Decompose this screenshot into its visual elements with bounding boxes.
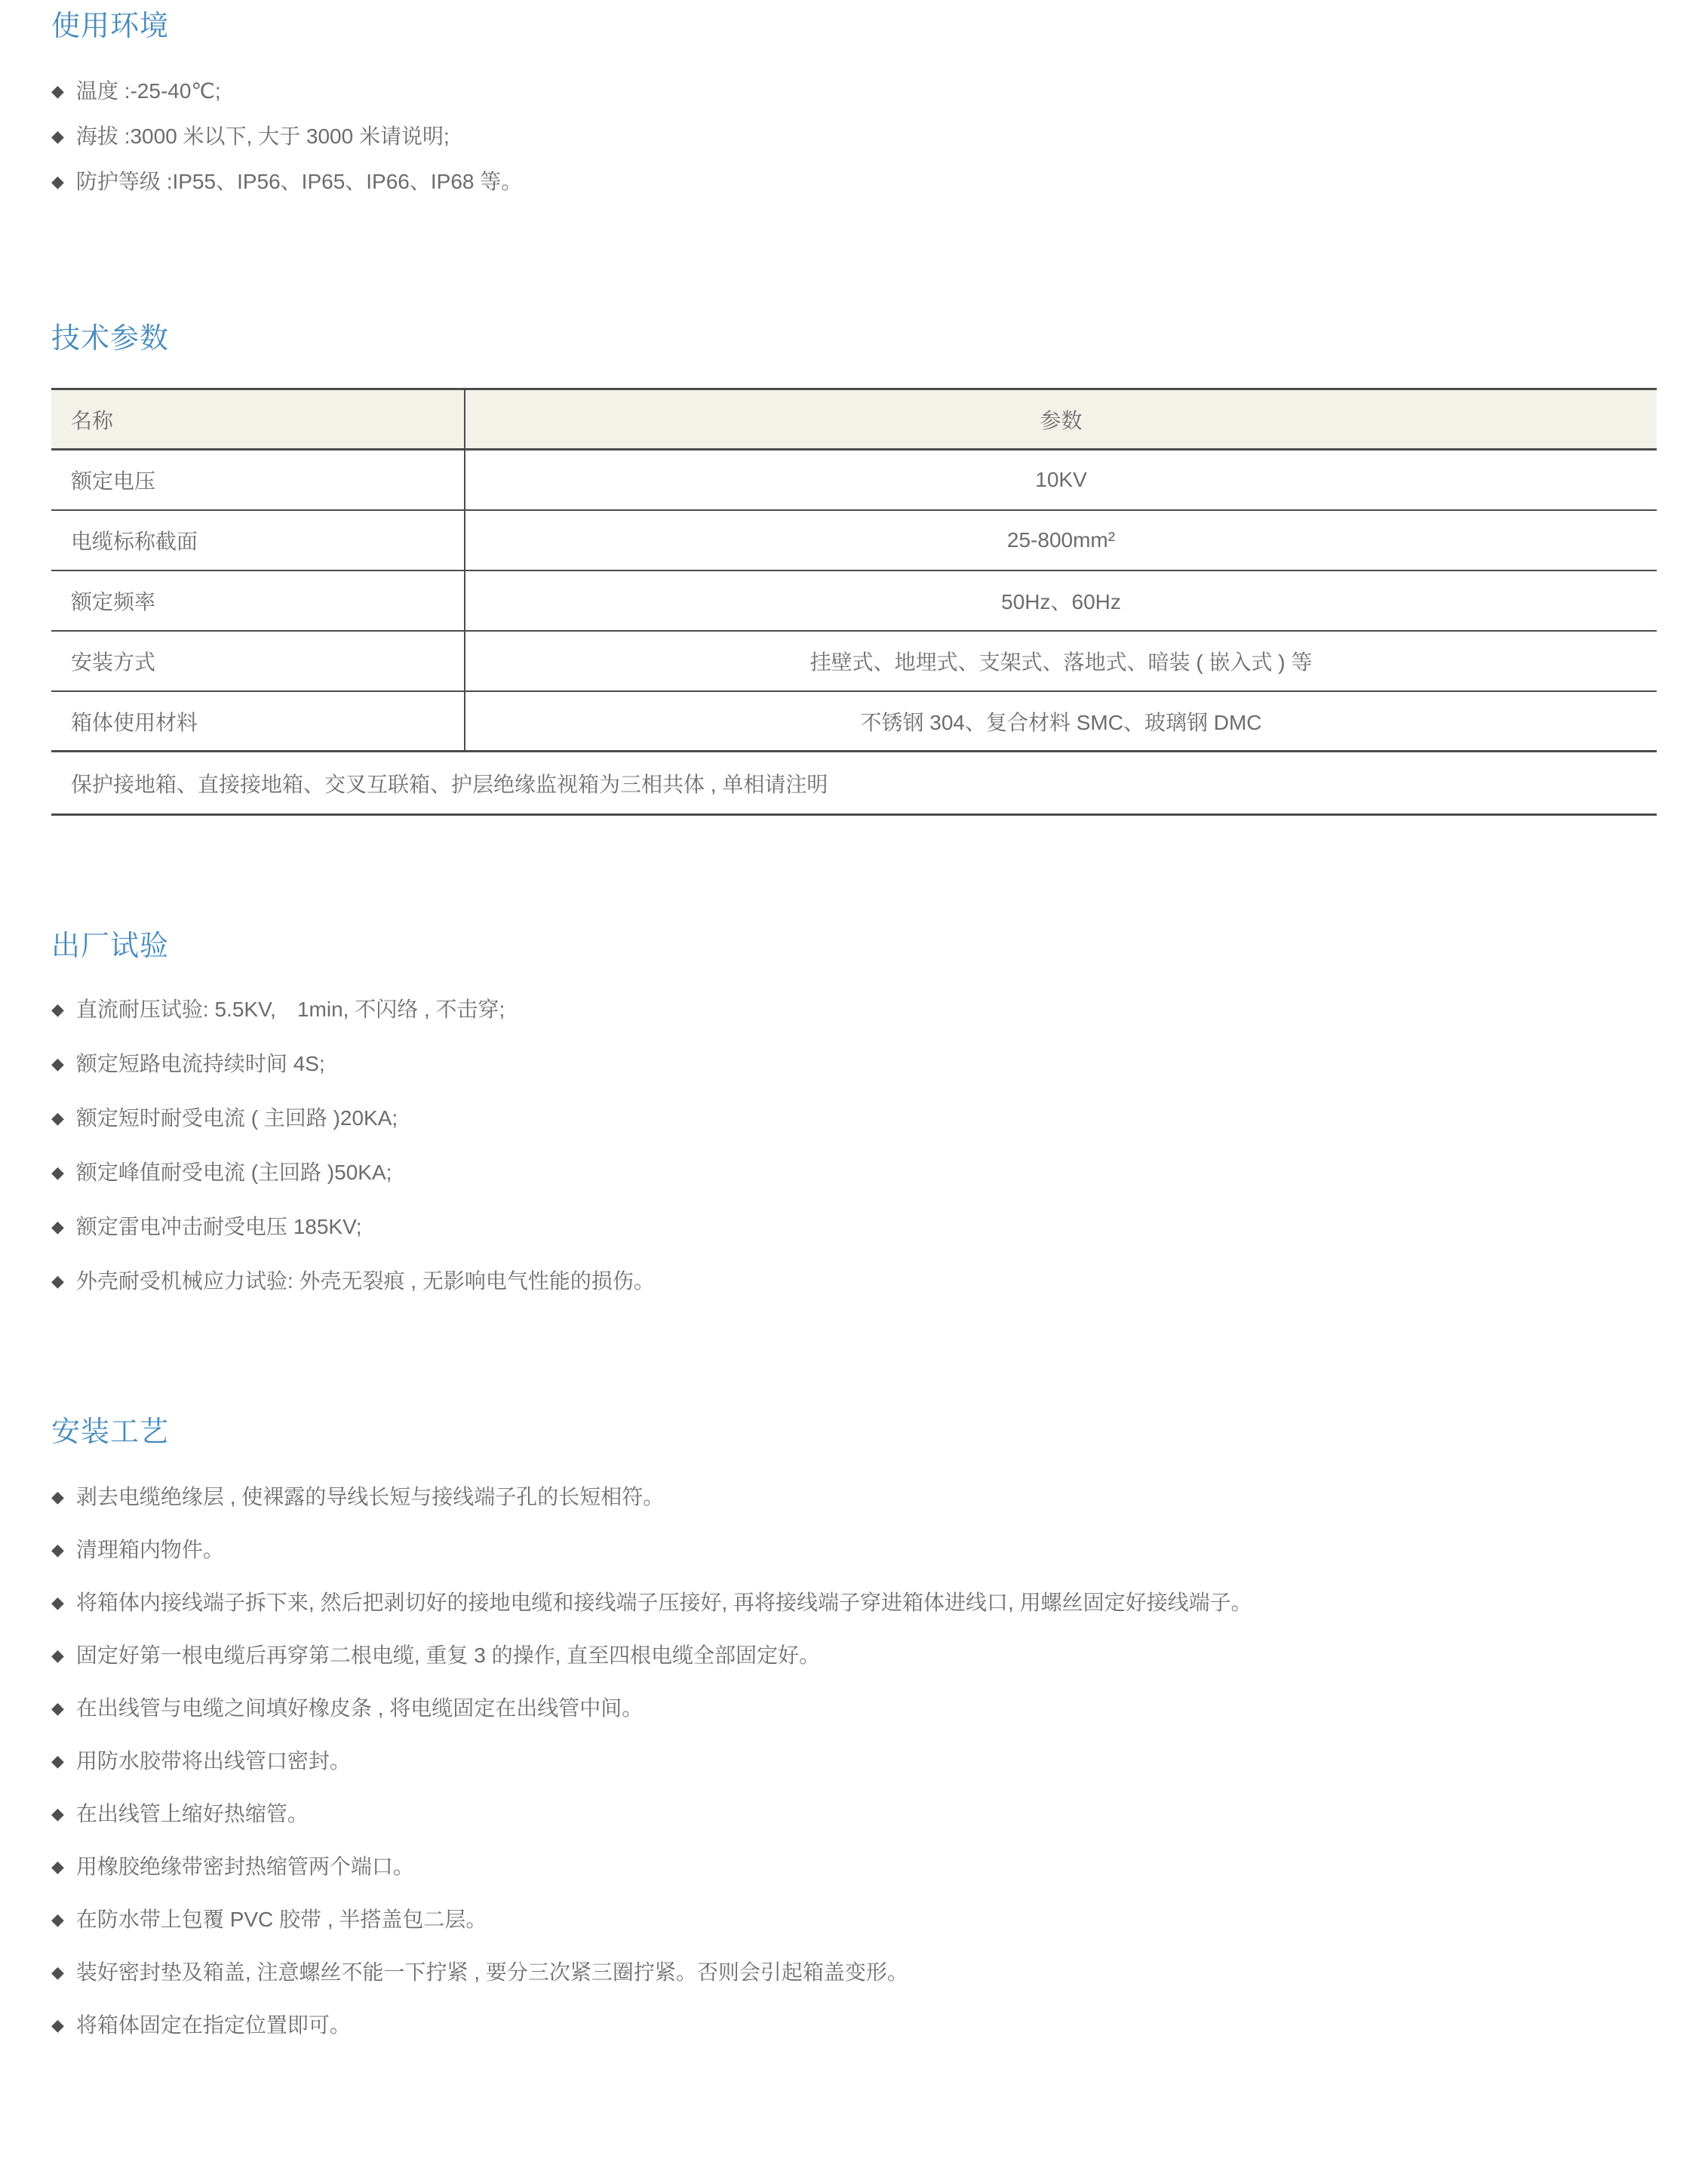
list-item-text: 防护等级 :IP55、IP56、IP65、IP66、IP68 等。	[76, 169, 522, 195]
diamond-bullet-icon: ◆	[51, 1105, 64, 1131]
list-item: ◆ 在出线管上缩好热缩管。	[51, 1801, 1657, 1827]
list-item: ◆ 温度 :-25-40℃;	[51, 78, 1657, 104]
table-row: 箱体使用材料 不锈钢 304、复合材料 SMC、玻璃钢 DMC	[51, 691, 1657, 752]
table-footnote-row: 保护接地箱、直接接地箱、交叉互联箱、护层绝缘监视箱为三相共体 , 单相请注明	[51, 752, 1657, 815]
list-item: ◆ 额定短路电流持续时间 4S;	[51, 1051, 1657, 1077]
section-test: 出厂试验 ◆ 直流耐压试验: 5.5KV, 1min, 不闪络 , 不击穿; ◆…	[51, 930, 1657, 1294]
diamond-bullet-icon: ◆	[51, 124, 64, 149]
diamond-bullet-icon: ◆	[51, 1268, 64, 1294]
list-item-text: 剥去电缆绝缘层 , 使裸露的导线长短与接线端子孔的长短相符。	[76, 1484, 664, 1510]
diamond-bullet-icon: ◆	[51, 1960, 64, 1985]
diamond-bullet-icon: ◆	[51, 169, 64, 195]
list-item: ◆ 剥去电缆绝缘层 , 使裸露的导线长短与接线端子孔的长短相符。	[51, 1484, 1657, 1510]
section-usage-title: 使用环境	[51, 11, 1657, 44]
section-install: 安装工艺 ◆ 剥去电缆绝缘层 , 使裸露的导线长短与接线端子孔的长短相符。 ◆ …	[51, 1416, 1657, 2038]
table-cell-param: 25-800mm²	[465, 510, 1657, 570]
list-item: ◆ 在防水带上包覆 PVC 胶带 , 半搭盖包二层。	[51, 1907, 1657, 1933]
list-item-text: 额定峰值耐受电流 (主回路 )50KA;	[76, 1160, 392, 1185]
table-footnote-text: 保护接地箱、直接接地箱、交叉互联箱、护层绝缘监视箱为三相共体 , 单相请注明	[51, 752, 1657, 815]
list-item: ◆ 固定好第一根电缆后再穿第二根电缆, 重复 3 的操作, 直至四根电缆全部固定…	[51, 1643, 1657, 1668]
diamond-bullet-icon: ◆	[51, 1590, 64, 1616]
list-item-text: 在防水带上包覆 PVC 胶带 , 半搭盖包二层。	[76, 1907, 487, 1933]
table-row: 安装方式 挂壁式、地埋式、支架式、落地式、暗装 ( 嵌入式 ) 等	[51, 631, 1657, 691]
diamond-bullet-icon: ◆	[51, 1643, 64, 1668]
parameters-table-body: 额定电压 10KV 电缆标称截面 25-800mm² 额定频率 50Hz、60H…	[51, 450, 1657, 815]
list-item: ◆ 额定短时耐受电流 ( 主回路 )20KA;	[51, 1105, 1657, 1131]
section-test-title: 出厂试验	[51, 930, 1657, 964]
list-item: ◆ 额定雷电冲击耐受电压 185KV;	[51, 1214, 1657, 1240]
section-install-title: 安装工艺	[51, 1416, 1657, 1450]
list-item-text: 在出线管与电缆之间填好橡皮条 , 将电缆固定在出线管中间。	[76, 1696, 643, 1721]
table-row: 额定电压 10KV	[51, 450, 1657, 510]
section-tech: 技术参数 名称 参数 额定电压 10KV 电缆标称截面 25-800mm² 额定…	[51, 323, 1657, 816]
table-cell-name: 额定频率	[51, 570, 465, 631]
list-item-text: 额定短时耐受电流 ( 主回路 )20KA;	[76, 1105, 398, 1131]
diamond-bullet-icon: ◆	[51, 78, 64, 104]
list-item-text: 将箱体内接线端子拆下来, 然后把剥切好的接地电缆和接线端子压接好, 再将接线端子…	[76, 1590, 1252, 1616]
table-row: 电缆标称截面 25-800mm²	[51, 510, 1657, 570]
table-cell-name: 箱体使用材料	[51, 691, 465, 752]
table-cell-name: 安装方式	[51, 631, 465, 691]
list-item-text: 清理箱内物件。	[76, 1537, 224, 1563]
list-item: ◆ 将箱体固定在指定位置即可。	[51, 2013, 1657, 2038]
list-item-text: 额定短路电流持续时间 4S;	[76, 1051, 325, 1077]
diamond-bullet-icon: ◆	[51, 2013, 64, 2038]
list-item-text: 用橡胶绝缘带密封热缩管两个端口。	[76, 1854, 414, 1880]
table-cell-param: 挂壁式、地埋式、支架式、落地式、暗装 ( 嵌入式 ) 等	[465, 631, 1657, 691]
list-item: ◆ 额定峰值耐受电流 (主回路 )50KA;	[51, 1160, 1657, 1185]
list-item: ◆ 用防水胶带将出线管口密封。	[51, 1748, 1657, 1774]
list-item-text: 装好密封垫及箱盖, 注意螺丝不能一下拧紧 , 要分三次紧三圈拧紧。否则会引起箱盖…	[76, 1960, 908, 1985]
table-cell-name: 额定电压	[51, 450, 465, 510]
install-list: ◆ 剥去电缆绝缘层 , 使裸露的导线长短与接线端子孔的长短相符。 ◆ 清理箱内物…	[51, 1484, 1657, 2038]
table-header-name: 名称	[51, 389, 465, 450]
table-cell-param: 10KV	[465, 450, 1657, 510]
table-header-param: 参数	[465, 389, 1657, 450]
table-cell-param: 不锈钢 304、复合材料 SMC、玻璃钢 DMC	[465, 691, 1657, 752]
usage-list: ◆ 温度 :-25-40℃; ◆ 海拔 :3000 米以下, 大于 3000 米…	[51, 78, 1657, 195]
list-item-text: 海拔 :3000 米以下, 大于 3000 米请说明;	[76, 124, 450, 149]
diamond-bullet-icon: ◆	[51, 1537, 64, 1563]
diamond-bullet-icon: ◆	[51, 1854, 64, 1880]
list-item-text: 固定好第一根电缆后再穿第二根电缆, 重复 3 的操作, 直至四根电缆全部固定好。	[76, 1643, 820, 1668]
document-page: 使用环境 ◆ 温度 :-25-40℃; ◆ 海拔 :3000 米以下, 大于 3…	[0, 0, 1708, 2171]
diamond-bullet-icon: ◆	[51, 997, 64, 1022]
list-item: ◆ 将箱体内接线端子拆下来, 然后把剥切好的接地电缆和接线端子压接好, 再将接线…	[51, 1590, 1657, 1616]
diamond-bullet-icon: ◆	[51, 1051, 64, 1077]
section-usage: 使用环境 ◆ 温度 :-25-40℃; ◆ 海拔 :3000 米以下, 大于 3…	[51, 11, 1657, 195]
list-item-text: 外壳耐受机械应力试验: 外壳无裂痕 , 无影响电气性能的损伤。	[76, 1268, 655, 1294]
diamond-bullet-icon: ◆	[51, 1801, 64, 1827]
list-item-text: 温度 :-25-40℃;	[76, 78, 221, 104]
list-item-text: 额定雷电冲击耐受电压 185KV;	[76, 1214, 362, 1240]
list-item: ◆ 装好密封垫及箱盖, 注意螺丝不能一下拧紧 , 要分三次紧三圈拧紧。否则会引起…	[51, 1960, 1657, 1985]
parameters-table: 名称 参数 额定电压 10KV 电缆标称截面 25-800mm² 额定频率 50…	[51, 388, 1657, 816]
list-item-text: 将箱体固定在指定位置即可。	[76, 2013, 351, 2038]
list-item-text: 在出线管上缩好热缩管。	[76, 1801, 309, 1827]
diamond-bullet-icon: ◆	[51, 1484, 64, 1510]
list-item: ◆ 直流耐压试验: 5.5KV, 1min, 不闪络 , 不击穿;	[51, 997, 1657, 1022]
list-item: ◆ 用橡胶绝缘带密封热缩管两个端口。	[51, 1854, 1657, 1880]
list-item: ◆ 海拔 :3000 米以下, 大于 3000 米请说明;	[51, 124, 1657, 149]
diamond-bullet-icon: ◆	[51, 1696, 64, 1721]
section-tech-title: 技术参数	[51, 323, 1657, 356]
list-item: ◆ 清理箱内物件。	[51, 1537, 1657, 1563]
diamond-bullet-icon: ◆	[51, 1214, 64, 1240]
diamond-bullet-icon: ◆	[51, 1160, 64, 1185]
table-cell-param: 50Hz、60Hz	[465, 570, 1657, 631]
diamond-bullet-icon: ◆	[51, 1907, 64, 1933]
list-item-text: 用防水胶带将出线管口密封。	[76, 1748, 351, 1774]
list-item: ◆ 在出线管与电缆之间填好橡皮条 , 将电缆固定在出线管中间。	[51, 1696, 1657, 1721]
table-header-row: 名称 参数	[51, 389, 1657, 450]
diamond-bullet-icon: ◆	[51, 1748, 64, 1774]
list-item-text: 直流耐压试验: 5.5KV, 1min, 不闪络 , 不击穿;	[76, 997, 505, 1022]
test-list: ◆ 直流耐压试验: 5.5KV, 1min, 不闪络 , 不击穿; ◆ 额定短路…	[51, 997, 1657, 1294]
table-cell-name: 电缆标称截面	[51, 510, 465, 570]
table-row: 额定频率 50Hz、60Hz	[51, 570, 1657, 631]
list-item: ◆ 外壳耐受机械应力试验: 外壳无裂痕 , 无影响电气性能的损伤。	[51, 1268, 1657, 1294]
list-item: ◆ 防护等级 :IP55、IP56、IP65、IP66、IP68 等。	[51, 169, 1657, 195]
parameters-table-head: 名称 参数	[51, 389, 1657, 450]
